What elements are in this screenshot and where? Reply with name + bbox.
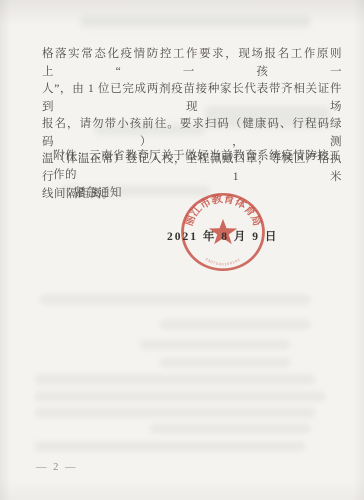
scan-artifact (150, 424, 310, 433)
scan-artifact (40, 295, 310, 304)
scan-artifact (35, 442, 305, 451)
issue-date: 2021 年 8 月 9 日 (167, 228, 278, 244)
scan-artifact (35, 408, 315, 417)
seal-serial-code: 5307500100102 (205, 257, 242, 266)
scan-artifact (140, 340, 290, 349)
paragraph-line: 报名，请勿带小孩前往。要求扫码（健康码、行程码绿码），测 (42, 116, 342, 151)
document-page: 格落实常态化疫情防控工作要求，现场报名工作原则上“一孩一 人”，由 1 位已完成… (0, 0, 364, 500)
scan-artifact (80, 16, 310, 28)
attachment-title-line1: 附件：云南省教育厅关于做好当前教育系统疫情防控工作的 (53, 147, 343, 184)
scan-artifact (35, 375, 315, 384)
page-number: — 2 — (36, 462, 78, 473)
paragraph-line: 人”，由 1 位已完成两剂疫苗接种家长代表带齐相关证件到现场 (42, 81, 342, 116)
scan-artifact (35, 392, 325, 401)
scan-artifact (160, 320, 310, 329)
paragraph-line: 格落实常态化疫情防控工作要求，现场报名工作原则上“一孩一 (42, 46, 342, 81)
scan-artifact (160, 358, 290, 367)
